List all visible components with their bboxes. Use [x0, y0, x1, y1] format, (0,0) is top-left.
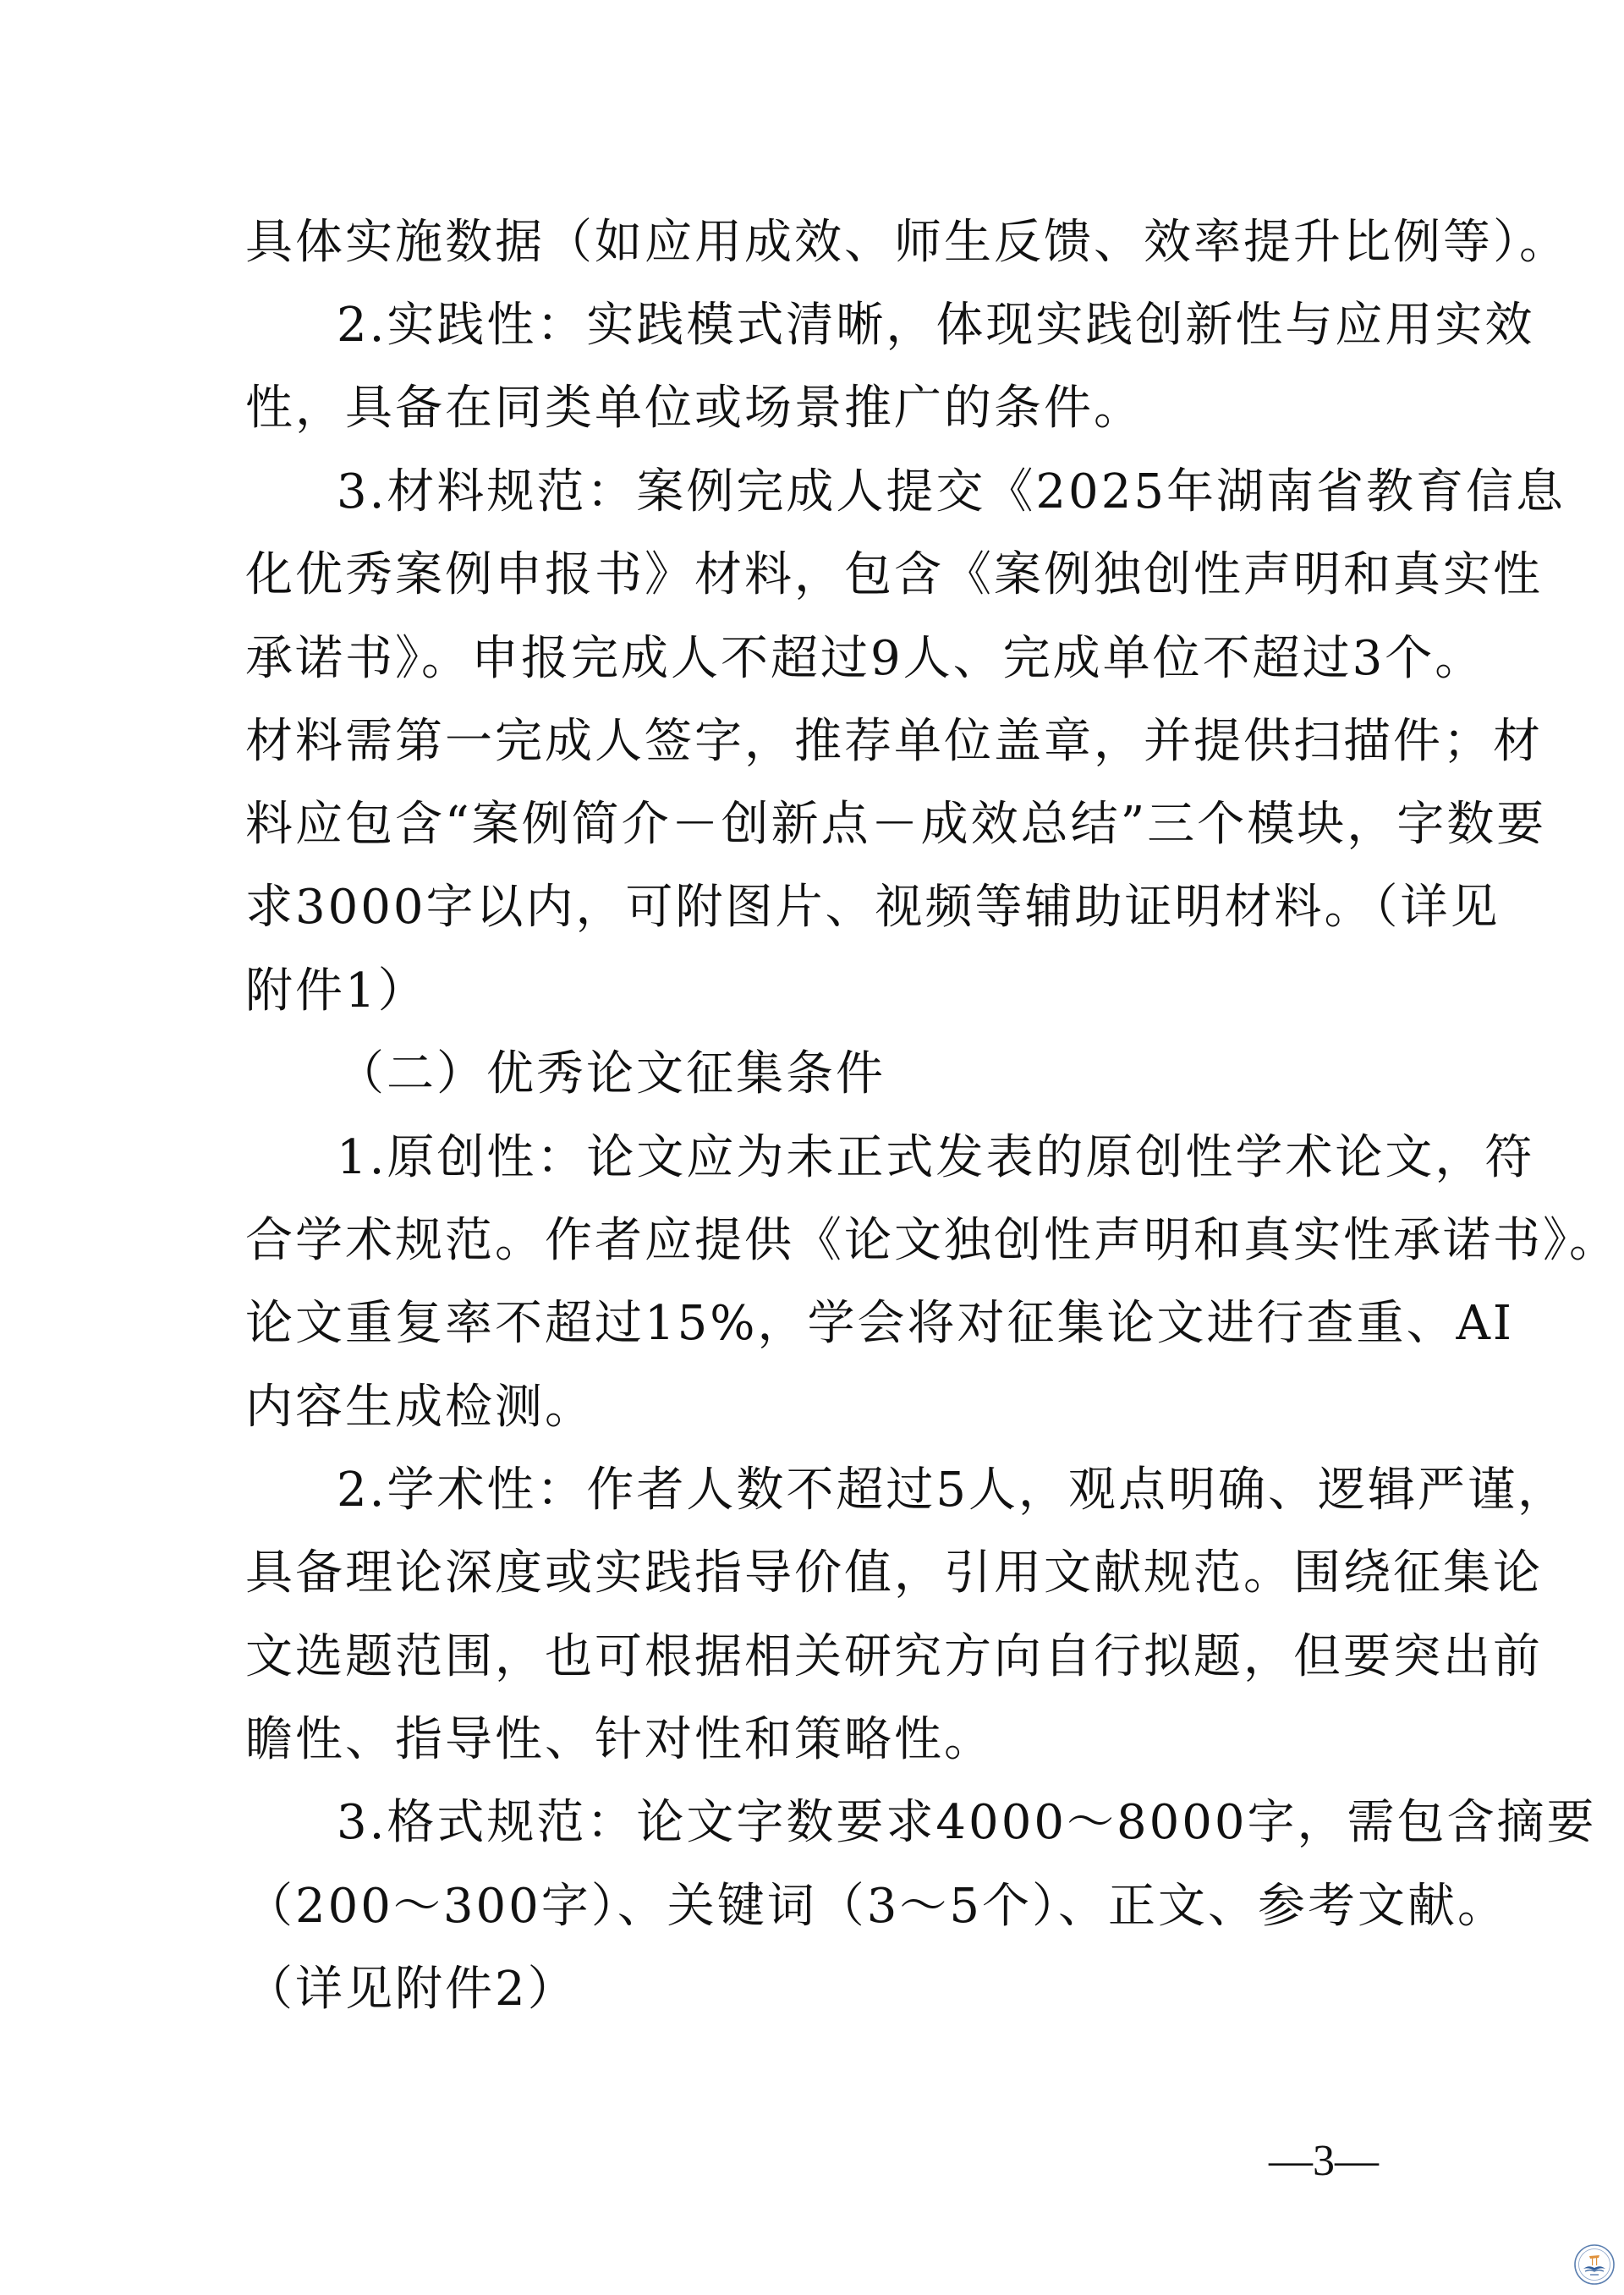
text-line: 求3000字以内，可附图片、视频等辅助证明材料。（详见 — [245, 866, 1396, 949]
page-number: —3— — [1269, 2128, 1379, 2195]
text-line: 文选题范围，也可根据相关研究方向自行拟题，但要突出前 — [245, 1616, 1396, 1699]
text-line-criterion-materials: 3.材料规范：案例完成人提交《2025年湖南省教育信息 — [337, 451, 1487, 534]
text-line: 具体实施数据（如应用成效、师生反馈、效率提升比例等）。 — [245, 201, 1396, 284]
text-line: 附件1） — [245, 950, 1396, 1033]
text-line-criterion-format: 3.格式规范：论文字数要求4000～8000字，需包含摘要 — [337, 1782, 1487, 1864]
document-page: 具体实施数据（如应用成效、师生反馈、效率提升比例等）。 2.实践性：实践模式清晰… — [0, 0, 1624, 2295]
section-heading-paper-criteria: （二）优秀论文征集条件 — [337, 1033, 1487, 1116]
text-line: 瞻性、指导性、针对性和策略性。 — [245, 1699, 1396, 1782]
text-line: 具备理论深度或实践指导价值，引用文献规范。围绕征集论 — [245, 1532, 1396, 1615]
text-line: 承诺书》。申报完成人不超过9人、完成单位不超过3个。 — [245, 618, 1396, 700]
text-line-criterion-academic: 2.学术性：作者人数不超过5人，观点明确、逻辑严谨， — [337, 1449, 1487, 1532]
organization-seal-icon — [1573, 2243, 1616, 2286]
text-line: 材料需第一完成人签字，推荐单位盖章，并提供扫描件；材 — [245, 700, 1396, 783]
text-line: 合学术规范。作者应提供《论文独创性声明和真实性承诺书》。 — [245, 1200, 1396, 1282]
text-line: 料应包含“案例简介－创新点－成效总结”三个模块，字数要 — [245, 783, 1396, 866]
text-line: 化优秀案例申报书》材料，包含《案例独创性声明和真实性 — [245, 534, 1396, 617]
text-line: 性，具备在同类单位或场景推广的条件。 — [245, 367, 1396, 450]
text-line: 论文重复率不超过15%，学会将对征集论文进行查重、AI — [245, 1282, 1396, 1365]
text-line-criterion-originality: 1.原创性：论文应为未正式发表的原创性学术论文，符 — [337, 1117, 1487, 1200]
text-line: 内容生成检测。 — [245, 1366, 1396, 1449]
text-line: （详见附件2） — [245, 1948, 1396, 2031]
text-line-criterion-practicality: 2.实践性：实践模式清晰，体现实践创新性与应用实效 — [337, 284, 1487, 367]
text-line: （200～300字）、关键词（3～5个）、正文、参考文献。 — [245, 1865, 1396, 1948]
